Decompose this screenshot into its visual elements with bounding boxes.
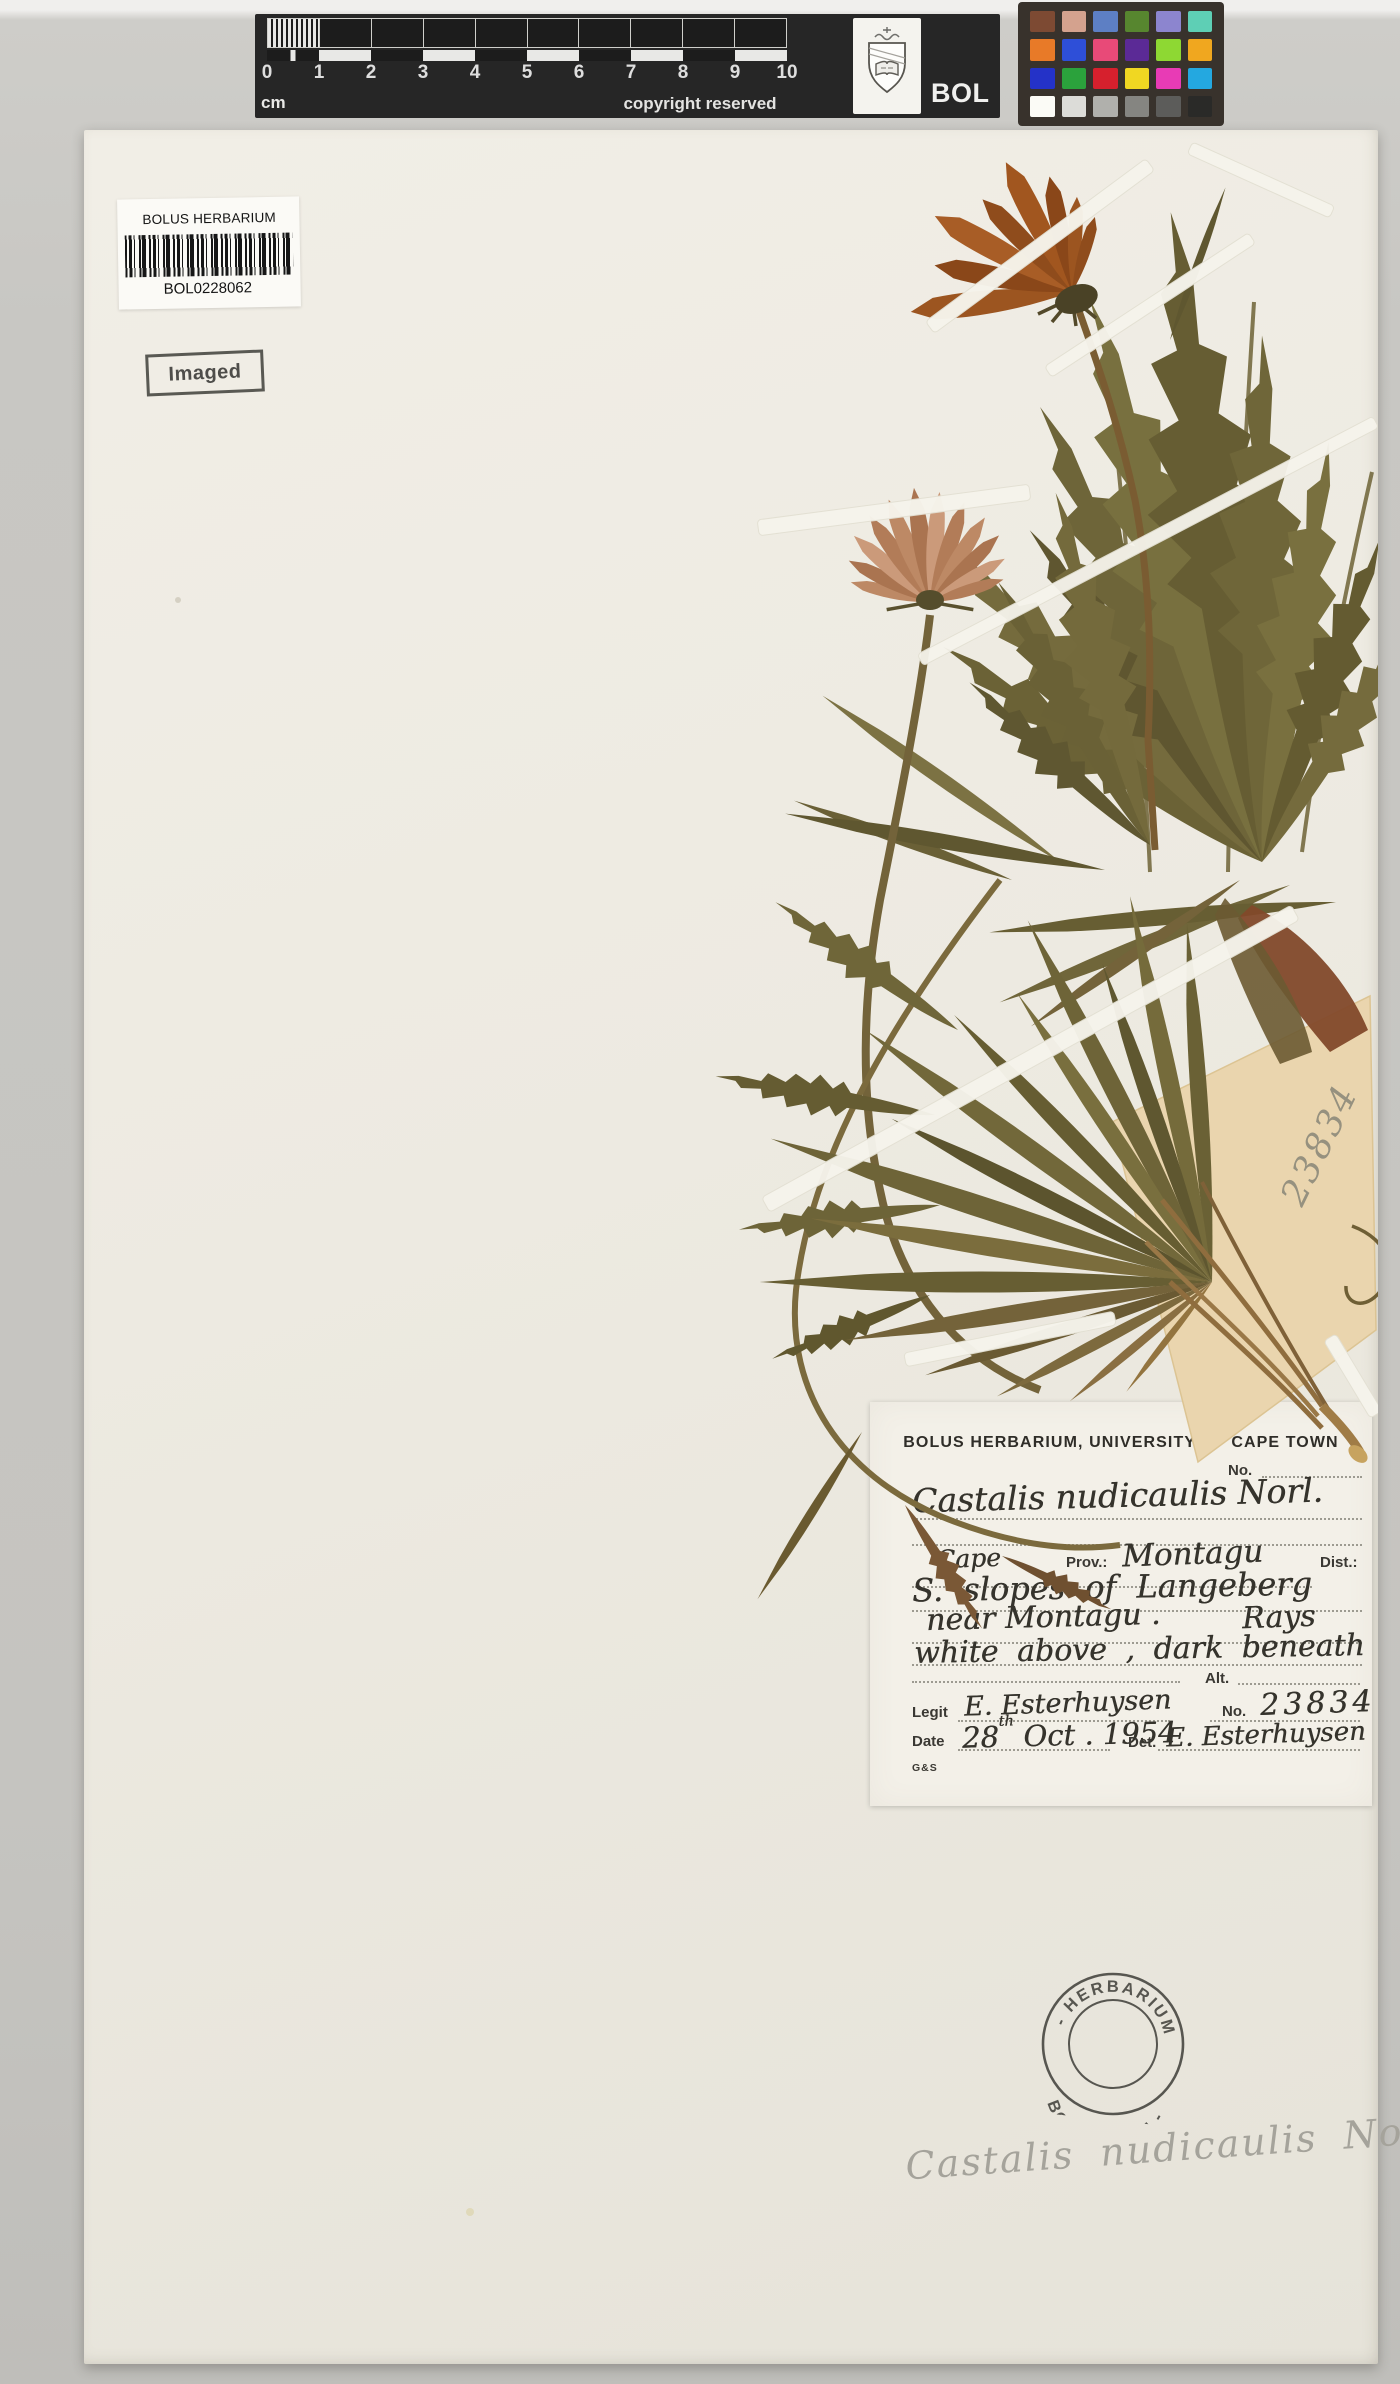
ruler-number: 6: [574, 62, 585, 84]
ruler-number: 2: [366, 62, 377, 84]
ruler-number: 9: [730, 62, 741, 84]
color-patch: [1093, 39, 1118, 60]
specimen-label: BOLUS HERBARIUM, UNIVERSITY OF CAPE TOWN…: [870, 1402, 1372, 1806]
color-patch: [1156, 68, 1181, 89]
ruler-half-blocks: [267, 50, 787, 61]
printer-mark: G&S: [912, 1762, 938, 1774]
ruler-number: 4: [470, 62, 481, 84]
ruler-centimeter-blocks: [267, 18, 787, 48]
barcode-number: BOL0228062: [163, 279, 252, 298]
dotted-line: [912, 1681, 1180, 1683]
ruler-number: 3: [418, 62, 429, 84]
color-patch: [1125, 96, 1150, 117]
color-calibration-chart: [1018, 2, 1224, 126]
color-patch: [1093, 96, 1118, 117]
imaged-stamp-text: Imaged: [168, 360, 242, 386]
color-patch: [1030, 96, 1055, 117]
institution-code: BOL: [931, 78, 990, 109]
dotted-line: [912, 1664, 1362, 1666]
date-label: Date: [912, 1733, 945, 1750]
ruler-unit-label: cm: [261, 93, 286, 113]
det-label: Det.: [1128, 1734, 1156, 1751]
dotted-line: [912, 1518, 1362, 1520]
crest-icon: [862, 24, 912, 108]
barcode: [125, 233, 294, 278]
color-patch: [1188, 68, 1213, 89]
color-patch: [1030, 11, 1055, 32]
color-patch: [1156, 96, 1181, 117]
color-patch: [1188, 39, 1213, 60]
barcode-institution: BOLUS HERBARIUM: [142, 210, 276, 227]
alt-label: Alt.: [1205, 1670, 1229, 1687]
ruler-number: 8: [678, 62, 689, 84]
color-patch: [1093, 11, 1118, 32]
ruler-number: 0: [262, 62, 273, 84]
ruler-number: 5: [522, 62, 533, 84]
color-patch: [1156, 11, 1181, 32]
color-patch: [1093, 68, 1118, 89]
color-patch: [1062, 68, 1087, 89]
no2-label: No.: [1222, 1703, 1246, 1720]
color-patch: [1030, 39, 1055, 60]
color-patch: [1125, 68, 1150, 89]
dotted-line: [958, 1749, 1110, 1751]
color-patch: [1062, 96, 1087, 117]
dist-label: Dist.:: [1320, 1554, 1358, 1571]
stamp-inner-ring: [1065, 1996, 1162, 2093]
color-patch: [1188, 11, 1213, 32]
color-patch: [1188, 96, 1213, 117]
ruler-number: 1: [314, 62, 325, 84]
color-patch: [1062, 11, 1087, 32]
color-patch: [1030, 68, 1055, 89]
ruler-number: 7: [626, 62, 637, 84]
herbarium-bolusianum-stamp: - HERBARIUM BOLUSIANUM -: [1029, 1960, 1196, 2127]
ruler-mm-hatch: [268, 19, 319, 47]
ruler-number: 10: [776, 62, 797, 84]
legit-label: Legit: [912, 1704, 948, 1721]
color-patch: [1156, 39, 1181, 60]
label-header: BOLUS HERBARIUM, UNIVERSITY OF CAPE TOWN: [870, 1434, 1372, 1452]
color-patch: [1125, 11, 1150, 32]
scale-bar: 012345678910 cm copyright reserved BOL: [255, 14, 1000, 118]
color-patch: [1062, 39, 1087, 60]
dotted-line: [1158, 1749, 1360, 1751]
barcode-label: BOLUS HERBARIUM BOL0228062: [117, 196, 301, 309]
determiner-handwritten: E. Esterhuysen: [1166, 1717, 1367, 1754]
species-handwritten: Castalis nudicaulis Norl.: [912, 1471, 1324, 1521]
copyright-text: copyright reserved: [590, 94, 810, 114]
imaged-stamp: Imaged: [145, 349, 265, 396]
color-patch: [1125, 39, 1150, 60]
uct-crest-logo: [853, 18, 921, 114]
